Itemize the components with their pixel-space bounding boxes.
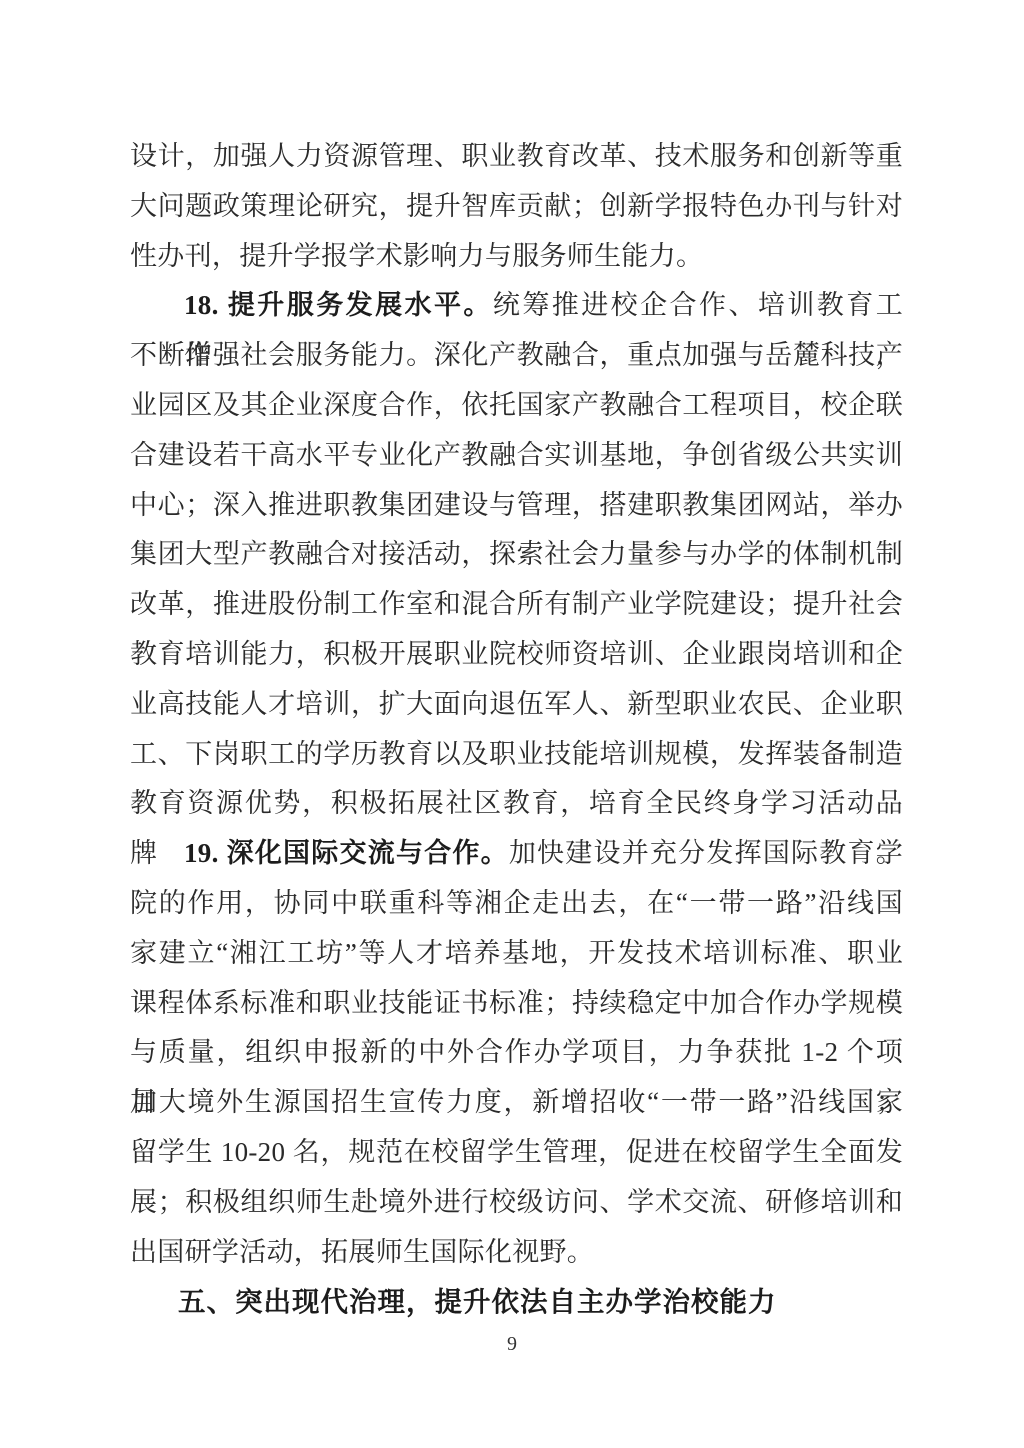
text-run: 加快建设并充分发挥国际教育学 [509, 838, 903, 868]
text-run: 集团大型产教融合对接活动，探索社会力量参与办学的体制机制 [130, 539, 903, 569]
text-line-paragraph-18-start: 18. 提升服务发展水平。统筹推进校企合作、培训教育工作， [130, 281, 903, 331]
text-run: 家建立“湘江工坊”等人才培养基地，开发技术培训标准、职业 [130, 938, 903, 968]
text-line: 家建立“湘江工坊”等人才培养基地，开发技术培训标准、职业 [130, 929, 903, 979]
text-run: 大问题政策理论研究，提升智库贡献；创新学报特色办刊与针对 [130, 191, 903, 221]
text-run: 不断增强社会服务能力。深化产教融合，重点加强与岳麓科技产 [130, 340, 903, 370]
text-line: 课程体系标准和职业技能证书标准；持续稳定中加合作办学规模 [130, 979, 903, 1029]
text-run: 设计，加强人力资源管理、职业教育改革、技术服务和创新等重 [130, 141, 903, 171]
text-line: 加大境外生源国招生宣传力度，新增招收“一带一路”沿线国家 [130, 1078, 903, 1128]
document-page: 设计，加强人力资源管理、职业教育改革、技术服务和创新等重 大问题政策理论研究，提… [0, 0, 1024, 1448]
text-line: 院的作用，协同中联重科等湘企走出去，在“一带一路”沿线国 [130, 879, 903, 929]
text-run: 业高技能人才培训，扩大面向退伍军人、新型职业农民、企业职 [130, 689, 903, 719]
text-line: 业园区及其企业深度合作，依托国家产教融合工程项目，校企联 [130, 381, 903, 431]
text-run: 课程体系标准和职业技能证书标准；持续稳定中加合作办学规模 [130, 988, 903, 1018]
page-number: 9 [0, 1334, 1024, 1354]
text-run: 出国研学活动，拓展师生国际化视野。 [130, 1237, 594, 1267]
text-line: 中心；深入推进职教集团建设与管理，搭建职教集团网站，举办 [130, 481, 903, 531]
text-line: 与质量，组织申报新的中外合作办学项目，力争获批 1-2 个项目； [130, 1028, 903, 1078]
text-run: 改革，推进股份制工作室和混合所有制产业学院建设；提升社会 [130, 589, 903, 619]
text-run: 教育培训能力，积极开展职业院校师资培训、企业跟岗培训和企 [130, 639, 903, 669]
bold-run: 18. 提升服务发展水平。 [184, 290, 493, 320]
text-run: 展；积极组织师生赴境外进行校级访问、学术交流、研修培训和 [130, 1187, 903, 1217]
text-line: 合建设若干高水平专业化产教融合实训基地，争创省级公共实训 [130, 431, 903, 481]
text-block: 设计，加强人力资源管理、职业教育改革、技术服务和创新等重 大问题政策理论研究，提… [130, 132, 903, 1327]
section-heading: 五、突出现代治理，提升依法自主办学治校能力 [130, 1277, 903, 1327]
text-run: 院的作用，协同中联重科等湘企走出去，在“一带一路”沿线国 [130, 888, 903, 918]
text-run: 留学生 10-20 名，规范在校留学生管理，促进在校留学生全面发 [130, 1137, 903, 1167]
text-line: 改革，推进股份制工作室和混合所有制产业学院建设；提升社会 [130, 580, 903, 630]
text-line: 教育培训能力，积极开展职业院校师资培训、企业跟岗培训和企 [130, 630, 903, 680]
text-line-paragraph-19-start: 19. 深化国际交流与合作。加快建设并充分发挥国际教育学 [130, 829, 903, 879]
text-line: 大问题政策理论研究，提升智库贡献；创新学报特色办刊与针对 [130, 182, 903, 232]
text-run: 加大境外生源国招生宣传力度，新增招收“一带一路”沿线国家 [130, 1087, 903, 1117]
text-line: 业高技能人才培训，扩大面向退伍军人、新型职业农民、企业职 [130, 680, 903, 730]
text-line: 工、下岗职工的学历教育以及职业技能培训规模，发挥装备制造 [130, 730, 903, 780]
text-line: 教育资源优势，积极拓展社区教育，培育全民终身学习活动品牌。 [130, 779, 903, 829]
text-line: 设计，加强人力资源管理、职业教育改革、技术服务和创新等重 [130, 132, 903, 182]
text-line: 展；积极组织师生赴境外进行校级访问、学术交流、研修培训和 [130, 1178, 903, 1228]
text-run: 中心；深入推进职教集团建设与管理，搭建职教集团网站，举办 [130, 490, 903, 520]
text-run: 合建设若干高水平专业化产教融合实训基地，争创省级公共实训 [130, 440, 903, 470]
text-run: 业园区及其企业深度合作，依托国家产教融合工程项目，校企联 [130, 390, 903, 420]
bold-run: 19. 深化国际交流与合作。 [184, 838, 509, 868]
text-line: 性办刊，提升学报学术影响力与服务师生能力。 [130, 232, 903, 282]
text-run: 工、下岗职工的学历教育以及职业技能培训规模，发挥装备制造 [130, 739, 903, 769]
text-line: 出国研学活动，拓展师生国际化视野。 [130, 1228, 903, 1278]
text-line: 留学生 10-20 名，规范在校留学生管理，促进在校留学生全面发 [130, 1128, 903, 1178]
text-line: 不断增强社会服务能力。深化产教融合，重点加强与岳麓科技产 [130, 331, 903, 381]
text-run: 性办刊，提升学报学术影响力与服务师生能力。 [130, 241, 703, 271]
text-line: 集团大型产教融合对接活动，探索社会力量参与办学的体制机制 [130, 530, 903, 580]
